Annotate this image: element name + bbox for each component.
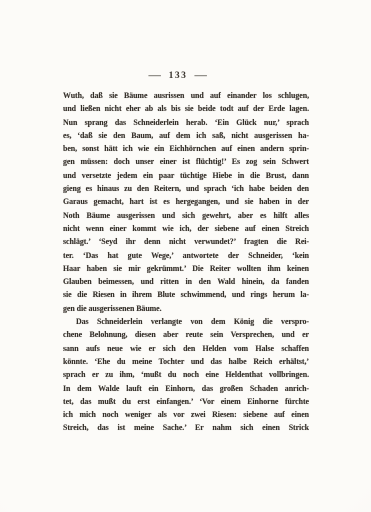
text-line: sie die Riesen in ihrem Blute schwimmend… xyxy=(63,288,309,301)
text-line: Streich, das ist meine Sache.’ Er nahm s… xyxy=(63,421,309,434)
text-line: und versetzte jedem ein paar tüchtige Hi… xyxy=(63,169,309,182)
text-line: sann aufs neue wie er sich den Helden vo… xyxy=(63,342,309,355)
text-line: tet, das mußt du erst einfangen.’ ‘Vor e… xyxy=(63,395,309,408)
text-line: und ließen nicht eher ab als bis sie bei… xyxy=(63,102,309,115)
text-line: könnte. ‘Ehe du meine Tochter und das ha… xyxy=(63,355,309,368)
text-block: Wuth, daß sie Bäume ausrissen und auf ei… xyxy=(63,89,309,435)
text-line: nicht wenn einer kommt wie ich, der sieb… xyxy=(63,222,309,235)
text-line: ben, sonst hätt ich wie ein Eichhörnchen… xyxy=(63,142,309,155)
text-line: Wuth, daß sie Bäume ausrissen und auf ei… xyxy=(63,89,309,102)
text-line: ich mich noch weniger als vor zwei Riese… xyxy=(63,408,309,421)
text-line: sprach er zu ihm, ‘mußt du noch eine Hel… xyxy=(63,368,309,381)
text-line: Haar haben sie mir gekrümmt.’ Die Reiter… xyxy=(63,262,309,275)
header-left-dash: — xyxy=(148,71,161,81)
text-line: Glauben beimessen, und ritten in den Wal… xyxy=(63,275,309,288)
text-line: gen müssen: doch unser einer ist flüchti… xyxy=(63,155,309,168)
page-number-header: —133— xyxy=(55,71,301,81)
text-line: Nun sprang das Schneiderlein herab. ‘Ein… xyxy=(63,116,309,129)
text-line: gieng es hinaus zu den Reitern, und spra… xyxy=(63,182,309,195)
text-line: In dem Walde lauft ein Einhorn, das groß… xyxy=(63,382,309,395)
text-line: schlägt.’ ‘Seyd ihr denn nicht verwundet… xyxy=(63,235,309,248)
text-line: chene Belohnung, diesen aber reute sein … xyxy=(63,328,309,341)
book-page-scan: —133— Wuth, daß sie Bäume ausrissen und … xyxy=(0,0,371,512)
text-line: es, ‘daß sie den Baum, auf dem ich saß, … xyxy=(63,129,309,142)
text-line: Noth Bäume ausgerissen und sich gewehrt,… xyxy=(63,209,309,222)
header-right-dash: — xyxy=(195,71,208,81)
text-line: gen die ausgerissenen Bäume. xyxy=(63,302,309,315)
text-line: Garaus gemacht, hart ist es hergegangen,… xyxy=(63,195,309,208)
page-number: 133 xyxy=(169,71,188,81)
text-line: ter. ‘Das hat gute Wege,’ antwortete der… xyxy=(63,249,309,262)
text-line: Das Schneiderlein verlangte von dem Köni… xyxy=(63,315,309,328)
